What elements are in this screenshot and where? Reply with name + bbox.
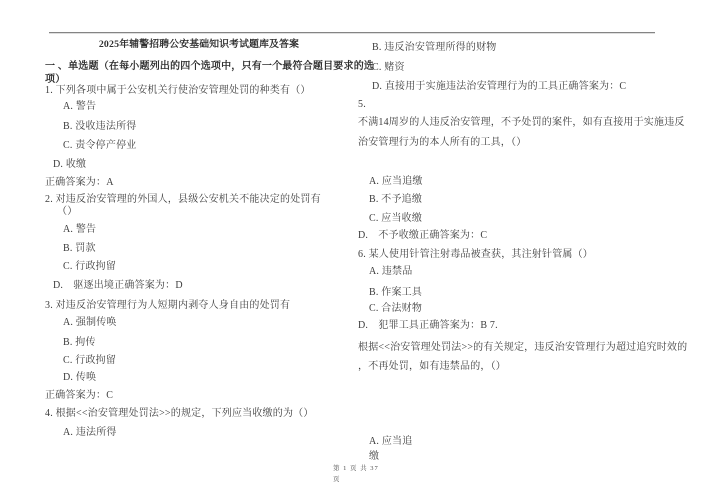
option-text: B. 拘传 (63, 337, 96, 349)
option-text: C. 责令停产停业 (63, 140, 136, 152)
option-text: C. 行政拘留 (63, 355, 116, 367)
option-text: B. 作案工具 (369, 287, 422, 299)
option-text: B. 不予追缴 (369, 194, 422, 206)
question-text-wrap: 治安管理行为的本人所有的工具，（） (358, 137, 526, 149)
option-text: D. 传唤 (63, 372, 96, 384)
answer-text: 正确答案为：C (45, 390, 113, 402)
right-column: B. 违反治安管理所得的财物 C. 赌资 D. 直接用于实施违法治安管理行为的工… (358, 0, 680, 500)
question-text-wrap: （） (57, 206, 77, 218)
page-footer-line2: 页 (333, 476, 341, 484)
option-text: C. 应当收缴 (369, 213, 422, 225)
option-text: B. 没收违法所得 (63, 121, 136, 133)
option-text-wrap: 缴 (369, 451, 379, 463)
document-title: 2025年辅警招聘公安基础知识考试题库及答案 (45, 39, 353, 51)
question-text: 根据<<治安管理处罚法>>的有关规定，违反治安管理行为超过追究时效的 (358, 342, 687, 354)
option-text: C. 合法财物 (369, 303, 422, 315)
answer-text: 正确答案为：A (45, 177, 114, 189)
option-answer-text: D. 不予收缴正确答案为：C (358, 230, 487, 242)
question-number: 5. (358, 99, 366, 111)
question-text: 4. 根据<<治安管理处罚法>>的规定，下列应当收缴的为（） (45, 408, 314, 420)
option-text: C. 行政拘留 (63, 261, 116, 273)
option-text: A. 警告 (63, 224, 96, 236)
option-text: A. 警告 (63, 101, 96, 113)
question-text: 不满14周岁的人违反治安管理，不予处罚的案件，如有直接用于实施违反 (358, 117, 685, 129)
question-text-wrap: ，不再处罚，如有违禁品的，（） (358, 361, 506, 373)
option-text: A. 强制传唤 (63, 317, 117, 329)
document-page: 2025年辅警招聘公安基础知识考试题库及答案 一 、单选题（在每小题列出的四个选… (0, 0, 707, 500)
option-text: B. 违反治安管理所得的财物 (372, 42, 496, 54)
option-answer-text: D. 驱逐出境正确答案为：D (53, 280, 183, 292)
option-answer-text: D. 犯罪工具正确答案为：B 7. (358, 320, 498, 332)
option-text: A. 应当追 (369, 436, 412, 448)
section-heading: 一 、单选题（在每小题列出的四个选项中，只有一个最符合题目要求的选 (45, 61, 374, 73)
page-footer-line1: 第 1 页 共 37 (333, 465, 379, 473)
question-text: 2. 对违反治安管理的外国人，县级公安机关不能决定的处罚有 (45, 194, 321, 206)
left-column: 2025年辅警招聘公安基础知识考试题库及答案 一 、单选题（在每小题列出的四个选… (45, 0, 353, 500)
option-text: D. 收缴 (53, 159, 86, 171)
option-text: B. 罚款 (63, 243, 96, 255)
option-text: A. 应当追缴 (369, 176, 423, 188)
option-text: C. 赌资 (372, 62, 405, 74)
option-text: A. 违禁品 (369, 266, 412, 278)
question-text: 6. 某人使用针管注射毒品被查获，其注射针管属（） (358, 249, 593, 261)
option-text: A. 违法所得 (63, 427, 117, 439)
question-text: 1. 下列各项中属于公安机关行使治安管理处罚的种类有（） (45, 85, 311, 97)
question-text: 3. 对违反治安管理行为人短期内剥夺人身自由的处罚有 (45, 300, 290, 312)
option-answer-text: D. 直接用于实施违法治安管理行为的工具正确答案为：C (372, 81, 626, 93)
